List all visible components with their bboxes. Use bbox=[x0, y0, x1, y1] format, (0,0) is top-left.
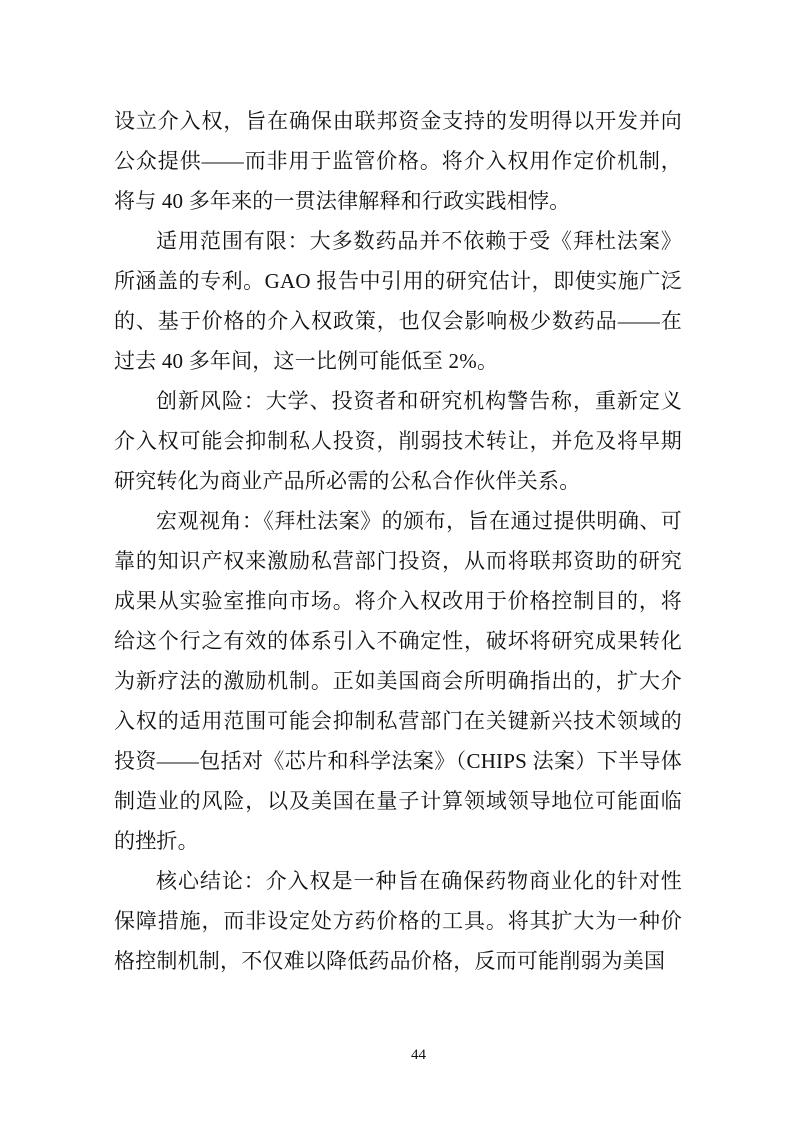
document-body-text: 设立介入权，旨在确保由联邦资金支持的发明得以开发并向公众提供——而非用于监管价格… bbox=[114, 101, 682, 981]
document-page: 设立介入权，旨在确保由联邦资金支持的发明得以开发并向公众提供——而非用于监管价格… bbox=[0, 0, 793, 1122]
paragraph-macro-view: 宏观视角：《拜杜法案》的颁布，旨在通过提供明确、可靠的知识产权来激励私营部门投资… bbox=[114, 501, 682, 861]
paragraph-innovation-risk: 创新风险：大学、投资者和研究机构警告称，重新定义介入权可能会抑制私人投资，削弱技… bbox=[114, 381, 682, 501]
page-footer: 44 bbox=[0, 1046, 793, 1064]
page-number: 44 bbox=[411, 1047, 426, 1063]
paragraph-continuation: 设立介入权，旨在确保由联邦资金支持的发明得以开发并向公众提供——而非用于监管价格… bbox=[114, 101, 682, 221]
paragraph-core-conclusion: 核心结论：介入权是一种旨在确保药物商业化的针对性保障措施，而非设定处方药价格的工… bbox=[114, 861, 682, 981]
paragraph-limited-scope: 适用范围有限：大多数药品并不依赖于受《拜杜法案》所涵盖的专利。GAO 报告中引用… bbox=[114, 221, 682, 381]
